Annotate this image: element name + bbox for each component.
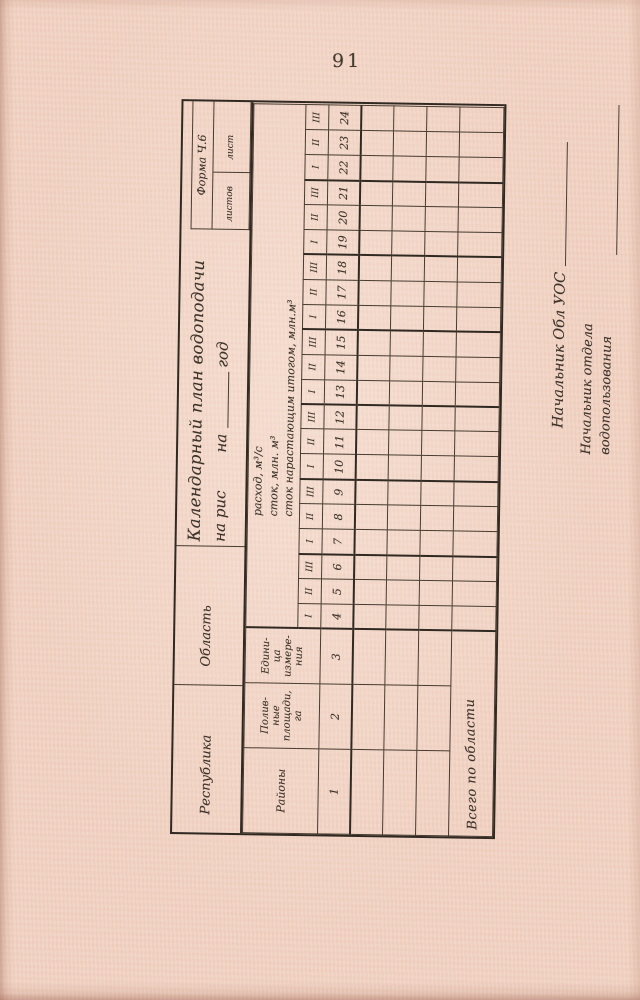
empty-total-cell (455, 406, 499, 432)
empty-data-cell (357, 355, 390, 380)
column-number: 5 (321, 579, 353, 604)
decade-header: III (302, 329, 325, 354)
oblast-label: Область (199, 605, 215, 667)
form-border: Республика Область Календарный план водо… (170, 99, 507, 839)
column-number: 15 (325, 330, 357, 355)
empty-data-cell (423, 356, 456, 381)
empty-data-cell (352, 629, 386, 685)
column-number: 21 (327, 180, 359, 205)
form-code: Форма Ч.6 (192, 101, 215, 228)
column-number: 10 (323, 454, 355, 479)
sheets-row: листов лист (213, 102, 252, 230)
decade-header: III (304, 180, 327, 205)
column-number: 20 (327, 205, 359, 230)
subtitle-prefix: на рис (211, 490, 230, 542)
empty-data-cell (422, 381, 455, 406)
empty-data-cell (421, 456, 454, 481)
sheet-label: лист (213, 102, 251, 173)
column-number: 12 (324, 404, 356, 429)
oblast-cell: Область (174, 545, 244, 685)
empty-data-cell (389, 405, 422, 430)
empty-data-cell (392, 181, 425, 206)
empty-total-cell (456, 332, 500, 358)
empty-data-cell (357, 330, 390, 355)
column-number: 24 (329, 105, 361, 131)
column-number: 8 (322, 504, 354, 529)
decade-header: III (306, 105, 329, 131)
empty-data-cell (387, 555, 420, 580)
empty-data-cell (359, 230, 392, 255)
empty-data-cell (358, 280, 391, 305)
decade-header: III (301, 404, 324, 429)
empty-data-cell (358, 255, 391, 280)
decade-header: III (300, 479, 323, 504)
empty-data-cell (423, 306, 456, 331)
empty-total-cell (453, 556, 497, 582)
empty-data-cell (420, 531, 453, 556)
empty-data-cell (392, 206, 425, 231)
empty-data-cell (360, 156, 393, 181)
header-row: Районы Полив- ные площади, га Едини- ца … (243, 104, 306, 834)
empty-total-cell (457, 257, 501, 283)
empty-data-cell (420, 556, 453, 581)
decade-header: II (304, 205, 327, 230)
decade-header: I (305, 155, 328, 180)
column-number: 22 (328, 155, 360, 180)
water-supply-form: Республика Область Календарный план водо… (170, 97, 640, 841)
empty-data-cell (424, 256, 457, 281)
decade-header: II (303, 279, 326, 304)
column-number: 18 (326, 255, 358, 280)
decade-header: II (299, 504, 322, 529)
column-number: 1 (318, 749, 351, 834)
empty-data-cell (385, 630, 419, 686)
subtitle-year: год (213, 341, 231, 367)
signature-line-1: Начальник Обл УОС (550, 142, 570, 428)
unit-column-header: Едини- ца измере- ния (245, 628, 321, 684)
empty-total-cell (453, 506, 497, 532)
empty-data-cell (353, 579, 386, 604)
empty-data-cell (355, 480, 388, 505)
column-number: 14 (325, 355, 357, 380)
column-number: 16 (325, 305, 357, 330)
empty-data-cell (421, 431, 454, 456)
empty-data-cell (353, 604, 386, 629)
empty-data-cell (424, 281, 457, 306)
empty-data-cell (388, 455, 421, 480)
empty-total-cell (452, 581, 496, 607)
empty-data-cell (392, 231, 425, 256)
sheets-label: листов (213, 172, 251, 230)
empty-total-cell (454, 431, 498, 457)
empty-data-cell (355, 455, 388, 480)
empty-total-cell (458, 232, 502, 258)
empty-data-cell (389, 381, 422, 406)
decade-header: II (298, 579, 321, 604)
empty-total-cell (455, 382, 499, 408)
empty-data-cell (390, 331, 423, 356)
column-number: 19 (327, 230, 359, 255)
decade-header: I (300, 454, 323, 479)
empty-data-cell (357, 305, 390, 330)
empty-data-cell (426, 157, 459, 182)
empty-data-cell (422, 406, 455, 431)
empty-total-cell (453, 531, 497, 557)
empty-total-cell (460, 107, 504, 133)
empty-data-cell (390, 306, 423, 331)
empty-data-cell (354, 555, 387, 580)
empty-total-cell (456, 307, 500, 333)
total-row-label: Всего по области (449, 631, 496, 837)
empty-data-cell (359, 181, 392, 206)
empty-data-cell (427, 106, 460, 132)
column-number: 6 (322, 554, 354, 579)
republic-cell: Республика (172, 684, 242, 833)
decade-header: II (302, 354, 325, 379)
decade-header: I (304, 230, 327, 255)
empty-data-cell (420, 506, 453, 531)
empty-data-cell (351, 684, 385, 750)
empty-data-cell (393, 156, 426, 181)
signature-blank-line (616, 105, 619, 255)
column-number: 13 (324, 379, 356, 404)
empty-data-cell (393, 131, 426, 156)
decade-header: II (300, 429, 323, 454)
empty-data-cell (418, 630, 452, 686)
empty-data-cell (426, 132, 459, 157)
empty-total-cell (454, 456, 498, 482)
column-number: 4 (321, 604, 353, 629)
empty-total-cell (456, 357, 500, 383)
column-number: 7 (322, 529, 354, 554)
empty-total-cell (459, 132, 503, 158)
empty-data-cell (423, 331, 456, 356)
chief-obluos-label: Начальник Обл УОС (550, 272, 568, 429)
column-number: 9 (323, 479, 355, 504)
empty-data-cell (350, 749, 384, 835)
page-number: 91 (332, 50, 362, 72)
empty-data-cell (386, 605, 419, 630)
subtitle-gap (229, 453, 230, 491)
empty-data-cell (416, 750, 450, 836)
decade-header: I (302, 304, 325, 329)
empty-data-cell (356, 380, 389, 405)
empty-data-cell (391, 256, 424, 281)
empty-data-cell (425, 231, 458, 256)
total-row-label-text: Всего по области (463, 698, 481, 829)
empty-data-cell (421, 481, 454, 506)
empty-data-cell (388, 430, 421, 455)
empty-data-cell (386, 580, 419, 605)
metric-cumulative-runoff: сток нарастающим итогом, млн.м³ (281, 299, 300, 516)
empty-data-cell (354, 530, 387, 555)
decade-header: II (305, 130, 328, 155)
subtitle-na: на (212, 434, 230, 453)
scanned-document-page: 91 Республика Область Календарный план в… (0, 0, 640, 1000)
rotated-table-wrapper: Республика Область Календарный план водо… (170, 97, 640, 841)
empty-data-cell (359, 205, 392, 230)
districts-column-header: Районы (243, 748, 319, 834)
empty-data-cell (356, 405, 389, 430)
year-blank-line (227, 372, 229, 428)
empty-data-cell (387, 530, 420, 555)
empty-data-cell (388, 480, 421, 505)
empty-total-cell (457, 282, 501, 308)
empty-data-cell (384, 685, 418, 751)
empty-data-cell (425, 182, 458, 207)
empty-total-cell (452, 606, 496, 632)
form-code-box: Форма Ч.6 листов лист (191, 101, 252, 230)
empty-data-cell (394, 106, 427, 132)
column-number: 23 (328, 130, 360, 155)
empty-data-cell (425, 206, 458, 231)
empty-data-cell (387, 505, 420, 530)
empty-data-cell (383, 750, 417, 836)
column-number: 11 (323, 429, 355, 454)
irrigated-area-column-header: Полив- ные площади, га (244, 683, 320, 749)
signature-line-2: Начальник отдела водопользования (578, 104, 621, 455)
decade-header: I (299, 529, 322, 554)
empty-data-cell (361, 105, 394, 131)
signature-blank-line (565, 142, 568, 266)
decade-header: I (301, 379, 324, 404)
calendar-plan-table: Районы Полив- ные площади, га Едини- ца … (242, 103, 504, 837)
empty-total-cell (458, 182, 502, 208)
empty-data-cell (417, 685, 451, 751)
empty-data-cell (391, 281, 424, 306)
column-number: 2 (319, 684, 352, 749)
column-number: 17 (326, 280, 358, 305)
decade-header: III (299, 554, 322, 579)
empty-data-cell (355, 430, 388, 455)
empty-total-cell (454, 481, 498, 507)
metrics-spanning-header: расход, м³/с сток, млн. м³ сток нарастаю… (246, 104, 306, 629)
empty-total-cell (458, 207, 502, 233)
decade-header: I (298, 604, 321, 629)
empty-total-cell (459, 157, 503, 183)
chief-water-use-dept-label: Начальник отдела водопользования (578, 258, 619, 455)
decade-header: III (303, 254, 326, 279)
column-number: 3 (320, 629, 353, 684)
republic-label: Республика (198, 735, 214, 815)
empty-data-cell (360, 131, 393, 156)
empty-data-cell (419, 605, 452, 630)
empty-data-cell (390, 356, 423, 381)
empty-data-cell (354, 505, 387, 530)
empty-data-cell (419, 581, 452, 606)
form-header-strip: Республика Область Календарный план водо… (172, 101, 253, 833)
